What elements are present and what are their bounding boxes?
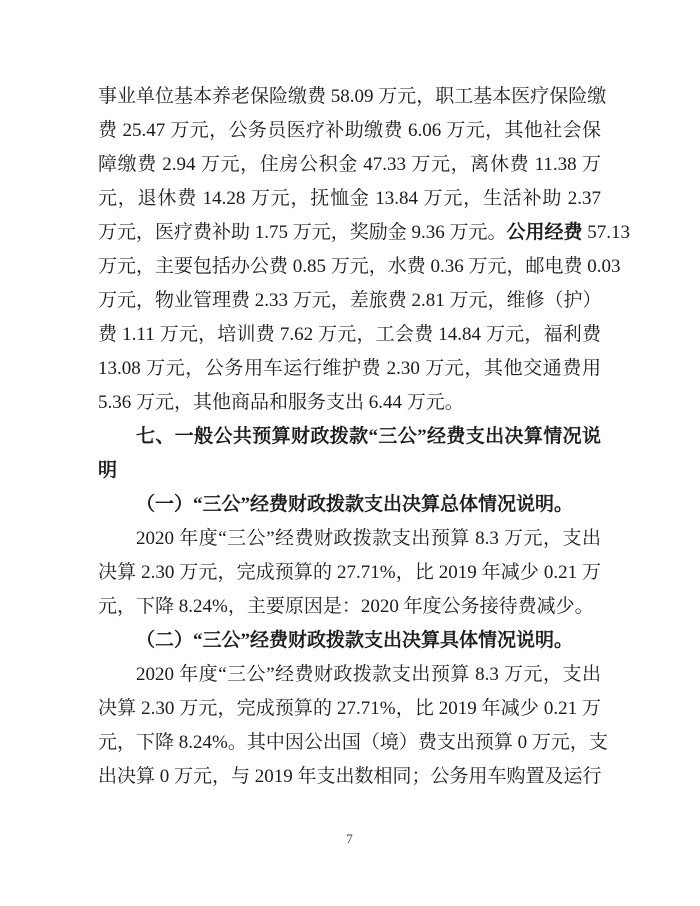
text-segment: 费 25.47 万元，公务员医疗补助缴费 6.06 万元，其他社会保 bbox=[98, 120, 601, 141]
text-line: （一）“三公”经费财政拨款支出决算总体情况说明。 bbox=[98, 488, 601, 522]
text-line: 万元，物业管理费 2.33 万元，差旅费 2.81 万元，维修（护） bbox=[98, 284, 601, 318]
text-segment: 决算 2.30 万元，完成预算的 27.71%，比 2019 年减少 0.21 … bbox=[98, 562, 601, 583]
bold-text-segment: 七、一般公共预算财政拨款“三公”经费支出决算情况说 bbox=[136, 426, 601, 447]
text-line: 费 1.11 万元，培训费 7.62 万元，工会费 14.84 万元，福利费 bbox=[98, 318, 601, 352]
bold-text-segment: 明 bbox=[98, 460, 117, 481]
text-line: 元，退休费 14.28 万元，抚恤金 13.84 万元，生活补助 2.37 bbox=[98, 182, 601, 216]
text-segment: 事业单位基本养老保险缴费 58.09 万元，职工基本医疗保险缴 bbox=[98, 86, 606, 107]
text-line: 万元，医疗费补助 1.75 万元，奖励金 9.36 万元。公用经费 57.13 bbox=[98, 216, 601, 250]
page-number: 7 bbox=[98, 831, 601, 847]
text-segment: 2020 年度“三公”经费财政拨款支出预算 8.3 万元，支出 bbox=[136, 528, 601, 549]
text-segment: 障缴费 2.94 万元，住房公积金 47.33 万元，离休费 11.38 万 bbox=[98, 154, 601, 175]
text-segment: 元，下降 8.24%，主要原因是：2020 年度公务接待费减少。 bbox=[98, 596, 594, 617]
text-line: 万元，主要包括办公费 0.85 万元，水费 0.36 万元，邮电费 0.03 bbox=[98, 250, 601, 284]
text-line: 决算 2.30 万元，完成预算的 27.71%，比 2019 年减少 0.21 … bbox=[98, 692, 601, 726]
text-segment: 出决算 0 万元，与 2019 年支出数相同；公务用车购置及运行 bbox=[98, 766, 602, 787]
bold-text-segment: （一）“三公”经费财政拨款支出决算总体情况说明。 bbox=[136, 494, 573, 515]
text-segment: 13.08 万元，公务用车运行维护费 2.30 万元，其他交通费用 bbox=[98, 358, 601, 379]
text-line: 2020 年度“三公”经费财政拨款支出预算 8.3 万元，支出 bbox=[98, 658, 601, 692]
text-line: 决算 2.30 万元，完成预算的 27.71%，比 2019 年减少 0.21 … bbox=[98, 556, 601, 590]
text-segment: 5.36 万元，其他商品和服务支出 6.44 万元。 bbox=[98, 392, 464, 413]
text-segment: 费 1.11 万元，培训费 7.62 万元，工会费 14.84 万元，福利费 bbox=[98, 324, 601, 345]
text-line: 出决算 0 万元，与 2019 年支出数相同；公务用车购置及运行 bbox=[98, 760, 601, 794]
text-line: （二）“三公”经费财政拨款支出决算具体情况说明。 bbox=[98, 624, 601, 658]
bold-text-segment: （二）“三公”经费财政拨款支出决算具体情况说明。 bbox=[136, 630, 573, 651]
text-segment: 万元，主要包括办公费 0.85 万元，水费 0.36 万元，邮电费 0.03 bbox=[98, 256, 621, 277]
text-line: 障缴费 2.94 万元，住房公积金 47.33 万元，离休费 11.38 万 bbox=[98, 148, 601, 182]
text-line: 明 bbox=[98, 454, 601, 488]
bold-text-segment: 公用经费 bbox=[507, 222, 583, 243]
text-line: 元，下降 8.24%。其中因公出国（境）费支出预算 0 万元，支 bbox=[98, 726, 601, 760]
text-segment: 万元，医疗费补助 1.75 万元，奖励金 9.36 万元。 bbox=[98, 222, 507, 243]
document-page: 事业单位基本养老保险缴费 58.09 万元，职工基本医疗保险缴费 25.47 万… bbox=[0, 0, 700, 906]
text-line: 元，下降 8.24%，主要原因是：2020 年度公务接待费减少。 bbox=[98, 590, 601, 624]
text-line: 事业单位基本养老保险缴费 58.09 万元，职工基本医疗保险缴 bbox=[98, 80, 601, 114]
text-line: 13.08 万元，公务用车运行维护费 2.30 万元，其他交通费用 bbox=[98, 352, 601, 386]
text-segment: 2020 年度“三公”经费财政拨款支出预算 8.3 万元，支出 bbox=[136, 664, 601, 685]
text-segment: 元，退休费 14.28 万元，抚恤金 13.84 万元，生活补助 2.37 bbox=[98, 188, 601, 209]
text-segment: 元，下降 8.24%。其中因公出国（境）费支出预算 0 万元，支 bbox=[98, 732, 608, 753]
text-line: 费 25.47 万元，公务员医疗补助缴费 6.06 万元，其他社会保 bbox=[98, 114, 601, 148]
text-segment: 57.13 bbox=[583, 222, 631, 243]
text-line: 七、一般公共预算财政拨款“三公”经费支出决算情况说 bbox=[98, 420, 601, 454]
text-segment: 决算 2.30 万元，完成预算的 27.71%，比 2019 年减少 0.21 … bbox=[98, 698, 601, 719]
text-segment: 万元，物业管理费 2.33 万元，差旅费 2.81 万元，维修（护） bbox=[98, 290, 602, 311]
text-line: 2020 年度“三公”经费财政拨款支出预算 8.3 万元，支出 bbox=[98, 522, 601, 556]
text-line: 5.36 万元，其他商品和服务支出 6.44 万元。 bbox=[98, 386, 601, 420]
document-body: 事业单位基本养老保险缴费 58.09 万元，职工基本医疗保险缴费 25.47 万… bbox=[98, 80, 601, 794]
